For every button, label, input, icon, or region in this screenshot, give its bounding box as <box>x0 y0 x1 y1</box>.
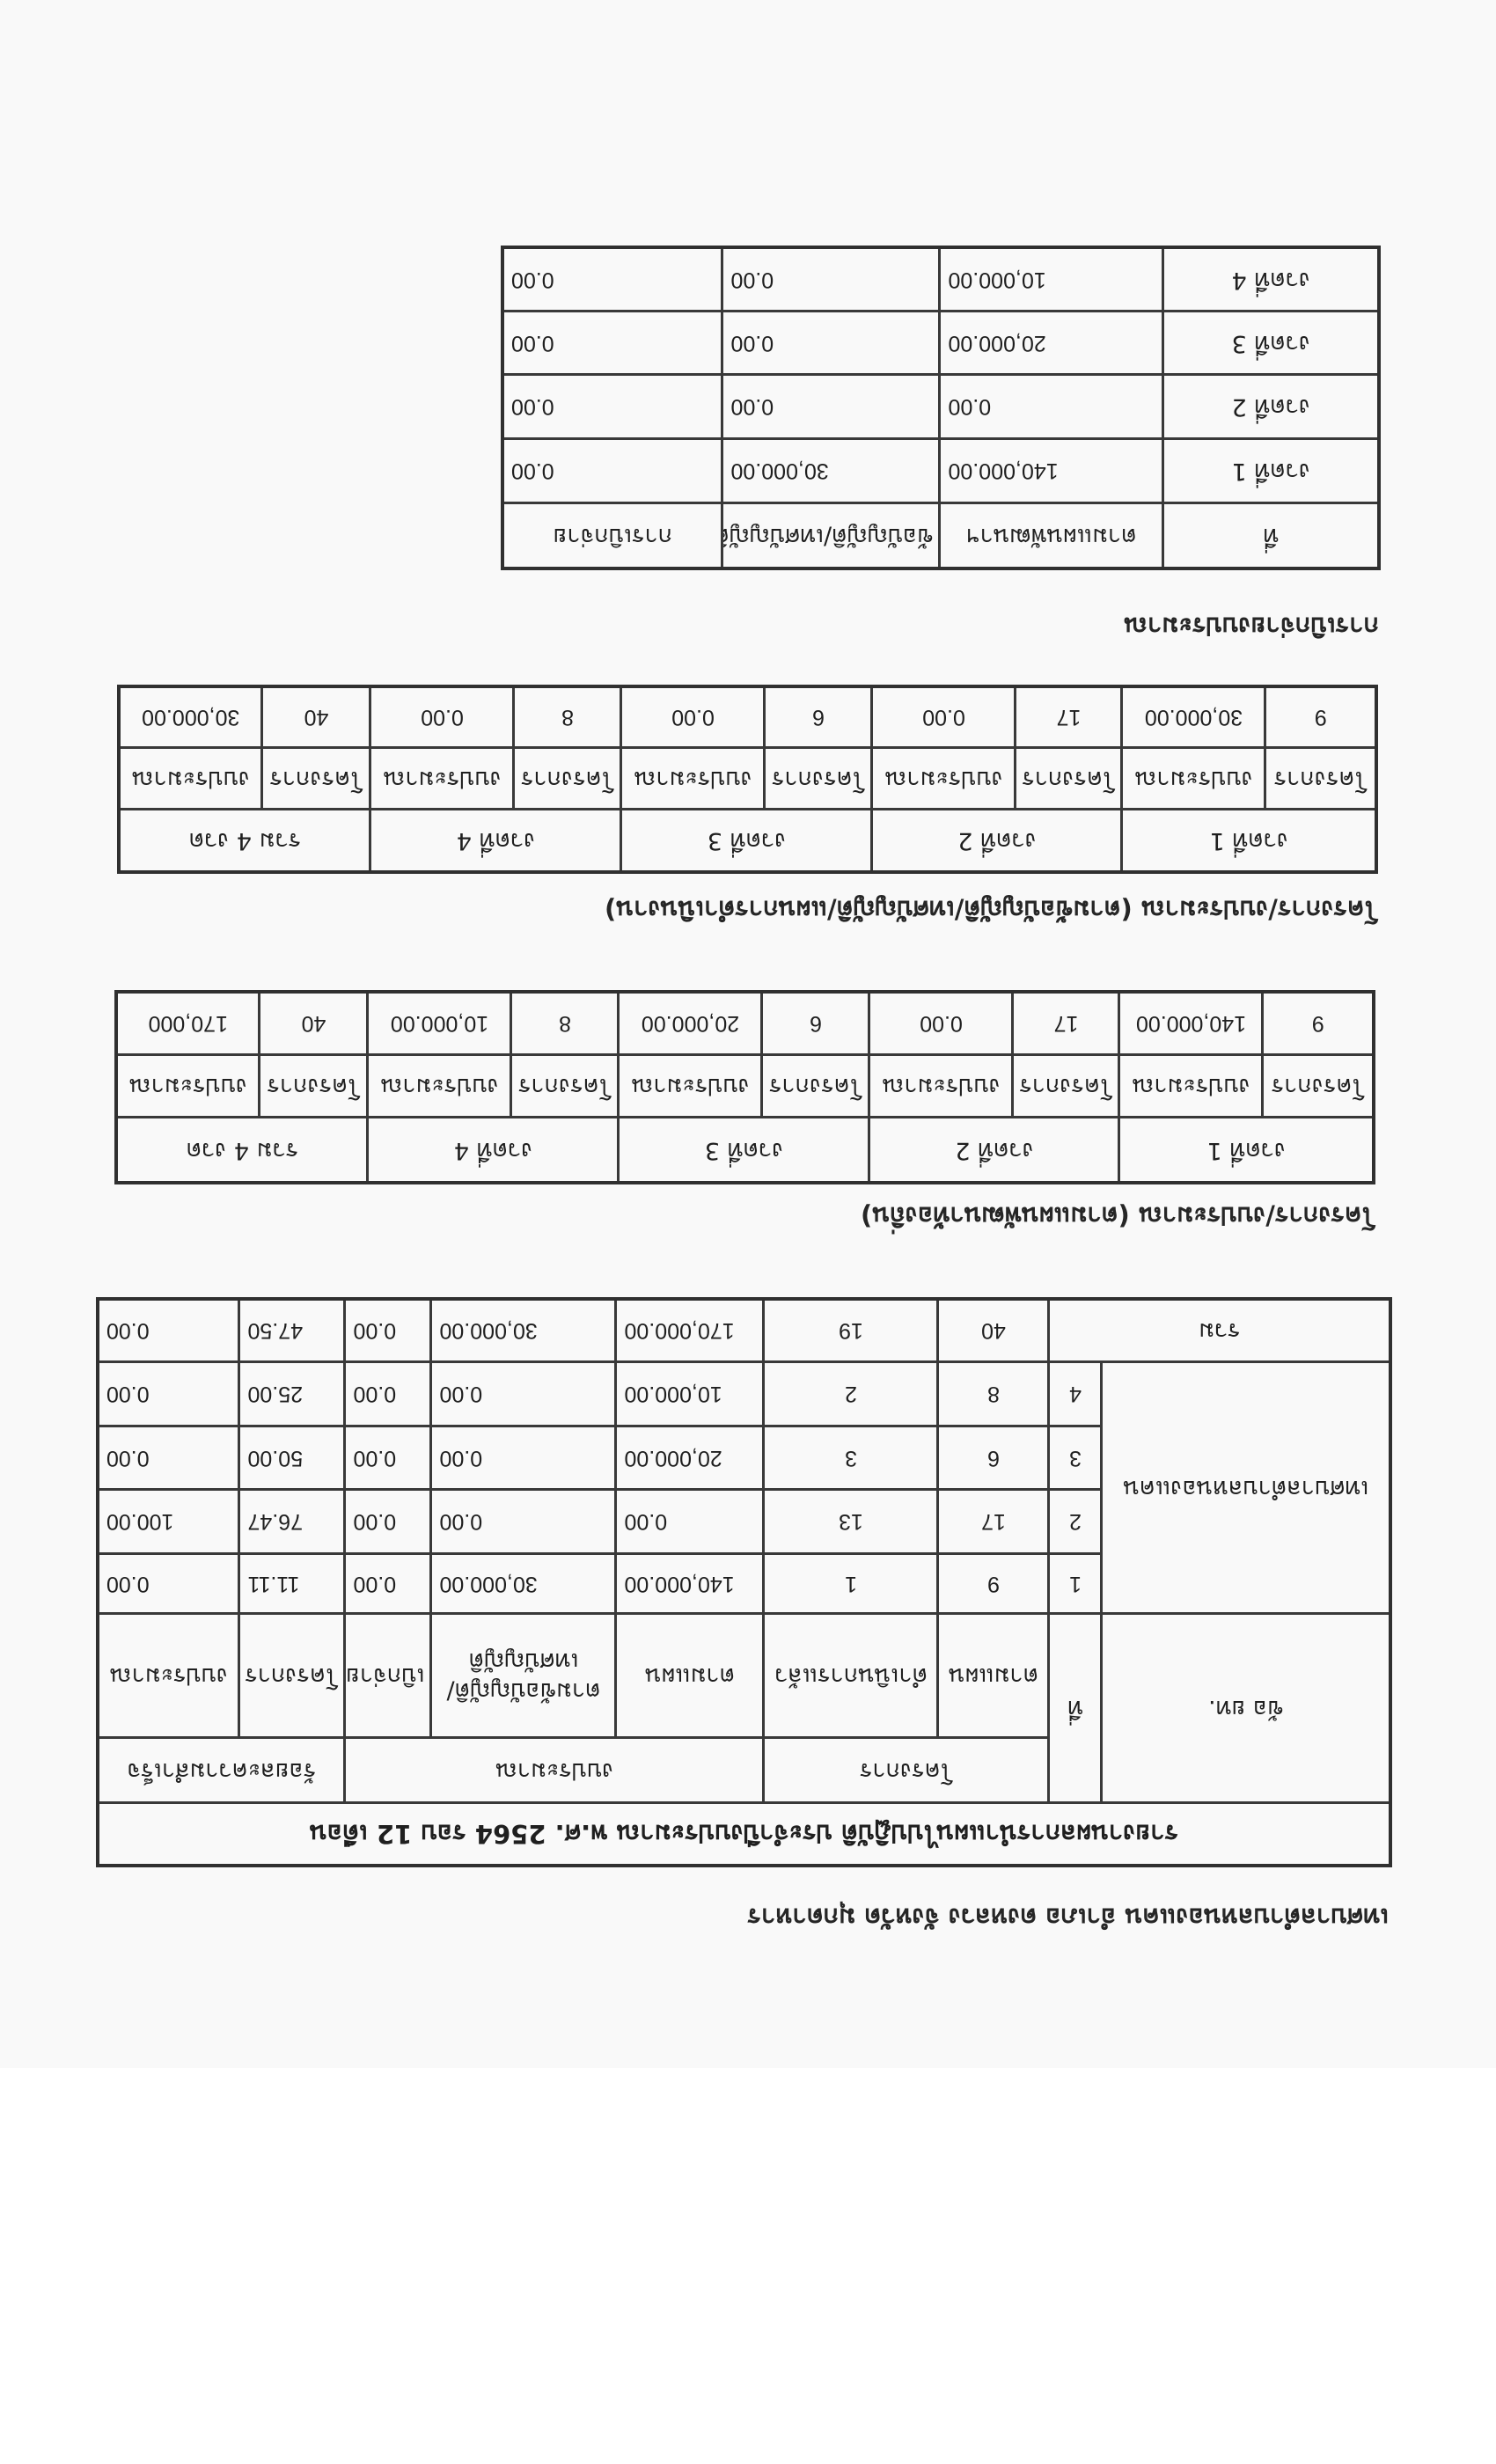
budget-total: 30,000.00 <box>119 686 262 748</box>
row-no: 2 <box>1049 1490 1102 1554</box>
sub-header-budget: งบประมาณ <box>116 1055 260 1118</box>
header-budget-group: งบประมาณ <box>345 1738 764 1803</box>
period-header: งวดที่ 4 <box>370 810 621 872</box>
disbursed-value: 0.00 <box>502 312 722 375</box>
summary-table: รายงานผลการนำแผนไปปฏิบัติ ประจำปีงบประมา… <box>96 1297 1392 1867</box>
projects-value: 9 <box>1265 686 1376 748</box>
total-budget-ordinance: 30,000.00 <box>431 1299 616 1362</box>
percent-projects: 25.00 <box>239 1362 345 1426</box>
total-budget-planned: 170,000.00 <box>616 1299 764 1362</box>
total-projects-planned: 40 <box>938 1299 1049 1362</box>
sub-header-budget: งบประมาณ <box>1122 748 1265 810</box>
percent-projects: 50.00 <box>239 1426 345 1490</box>
row-no: 3 <box>1049 1426 1102 1490</box>
header-projects-done: ดำเนินการแล้ว <box>764 1614 938 1738</box>
table-row: งวดที่ 1 140,000.00 30,000.00 0.00 <box>502 439 1379 503</box>
disbursement-table-caption: การเบิกจ่ายงบประมาณ <box>1124 610 1379 643</box>
budget-planned: 10,000.00 <box>616 1362 764 1426</box>
budget-ordinance: 0.00 <box>431 1426 616 1490</box>
header-budget-ordinance-line2: เทศบัญญัติ <box>438 1646 610 1676</box>
budget-disbursed: 0.00 <box>345 1362 431 1426</box>
header-budget-disbursed: เบิกจ่าย <box>345 1614 431 1738</box>
header-no: ที่ <box>1049 1614 1102 1803</box>
period-label: งวดที่ 2 <box>1163 375 1379 439</box>
projects-done: 2 <box>764 1362 938 1426</box>
header-projects-group: โครงการ <box>764 1738 1049 1803</box>
period-header: งวดที่ 2 <box>872 810 1122 872</box>
projects-value: 17 <box>1013 992 1119 1055</box>
document-heading: เทศบาลตำบลหนองแคน อำเภอ ดงหลวง จังหวัด ม… <box>747 1901 1389 1934</box>
sub-header-budget: งบประมาณ <box>872 748 1016 810</box>
plan-value: 140,000.00 <box>940 439 1163 503</box>
budget-planned: 0.00 <box>616 1490 764 1554</box>
projects-planned: 9 <box>938 1554 1049 1614</box>
sub-header-budget: งบประมาณ <box>869 1055 1013 1118</box>
header-disbursed: การเบิกจ่าย <box>502 503 722 568</box>
table-row: เทศบาลตำบลหนองแคน 1 9 1 140,000.00 30,00… <box>98 1554 1390 1614</box>
projects-planned: 8 <box>938 1362 1049 1426</box>
header-ordinance: ข้อบัญญัติ/เทศบัญญัติ <box>722 503 940 568</box>
percent-budget: 100.00 <box>98 1490 239 1554</box>
disbursed-value: 0.00 <box>502 439 722 503</box>
sub-header-projects: โครงการ <box>1013 1055 1119 1118</box>
header-budget-ordinance-line1: ตามข้อบัญญัติ/ <box>438 1676 610 1706</box>
plan-table-caption: โครงการ/งบประมาณ (ตามแผนพัฒนาท้องถิ่น) <box>861 1199 1375 1233</box>
period-header: งวดที่ 1 <box>1119 1118 1374 1183</box>
percent-projects: 11.11 <box>239 1554 345 1614</box>
budget-ordinance: 0.00 <box>431 1362 616 1426</box>
table-row: งวดที่ 2 0.00 0.00 0.00 <box>502 375 1379 439</box>
header-budget-planned: ตามแผน <box>616 1614 764 1738</box>
percent-budget: 0.00 <box>98 1362 239 1426</box>
sub-header-projects: โครงการ <box>514 748 621 810</box>
projects-total: 40 <box>260 992 368 1055</box>
period-header-total: รวม 4 งวด <box>116 1118 368 1183</box>
summary-title: รายงานผลการนำแผนไปปฏิบัติ ประจำปีงบประมา… <box>98 1803 1390 1866</box>
row-no: 4 <box>1049 1362 1102 1426</box>
header-projects-planned: ตามแผน <box>938 1614 1049 1738</box>
ordinance-value: 0.00 <box>722 375 940 439</box>
period-label: งวดที่ 1 <box>1163 439 1379 503</box>
total-percent-budget: 0.00 <box>98 1299 239 1362</box>
plan-value: 20,000.00 <box>940 312 1163 375</box>
percent-budget: 0.00 <box>98 1554 239 1614</box>
sub-header-budget: งบประมาณ <box>370 748 514 810</box>
table-row: 9 140,000.00 17 0.00 6 20,000.00 8 10,00… <box>116 992 1374 1055</box>
header-strategy: ข้อ ยท. <box>1102 1614 1390 1803</box>
header-period: ที่ <box>1163 503 1379 568</box>
ordinance-value: 30,000.00 <box>722 439 940 503</box>
sub-header-projects: โครงการ <box>1265 748 1376 810</box>
budget-disbursed: 0.00 <box>345 1426 431 1490</box>
sub-header-budget: งบประมาณ <box>621 748 765 810</box>
projects-value: 17 <box>1016 686 1122 748</box>
total-label: รวม <box>1049 1299 1390 1362</box>
sub-header-projects: โครงการ <box>1263 1055 1374 1118</box>
header-budget-ordinance: ตามข้อบัญญัติ/ เทศบัญญัติ <box>431 1614 616 1738</box>
projects-value: 6 <box>762 992 869 1055</box>
budget-ordinance: 0.00 <box>431 1490 616 1554</box>
sub-header-projects: โครงการ <box>511 1055 619 1118</box>
sub-header-budget: งบประมาณ <box>368 1055 511 1118</box>
projects-planned: 6 <box>938 1426 1049 1490</box>
projects-value: 9 <box>1263 992 1374 1055</box>
plan-value: 10,000.00 <box>940 247 1163 312</box>
budget-value: 140,000.00 <box>1119 992 1263 1055</box>
disbursement-table: ที่ ตามแผนพัฒนาฯ ข้อบัญญัติ/เทศบัญญัติ ก… <box>501 246 1381 570</box>
period-header: งวดที่ 3 <box>619 1118 869 1183</box>
budget-total: 170,000 <box>116 992 260 1055</box>
plan-value: 0.00 <box>940 375 1163 439</box>
budget-value: 20,000.00 <box>619 992 762 1055</box>
budget-planned: 20,000.00 <box>616 1426 764 1490</box>
projects-value: 8 <box>514 686 621 748</box>
period-header: งวดที่ 4 <box>368 1118 619 1183</box>
budget-value: 30,000.00 <box>1122 686 1265 748</box>
header-percent-projects: โครงการ <box>239 1614 345 1738</box>
projects-done: 1 <box>764 1554 938 1614</box>
projects-value: 6 <box>765 686 872 748</box>
period-label: งวดที่ 4 <box>1163 247 1379 312</box>
header-percent-group: ร้อยละความสำเร็จ <box>98 1738 345 1803</box>
budget-disbursed: 0.00 <box>345 1490 431 1554</box>
sub-header-budget: งบประมาณ <box>119 748 262 810</box>
ordinance-table-caption: โครงการ/งบประมาณ (ตามข้อบัญญัติ/เทศบัญญั… <box>605 893 1378 927</box>
period-header: งวดที่ 1 <box>1122 810 1376 872</box>
projects-done: 3 <box>764 1426 938 1490</box>
percent-budget: 0.00 <box>98 1426 239 1490</box>
disbursed-value: 0.00 <box>502 375 722 439</box>
ordinance-value: 0.00 <box>722 247 940 312</box>
budget-value: 0.00 <box>370 686 514 748</box>
period-header: งวดที่ 3 <box>621 810 872 872</box>
sub-header-budget: งบประมาณ <box>619 1055 762 1118</box>
scanned-page: เทศบาลตำบลหนองแคน อำเภอ ดงหลวง จังหวัด ม… <box>0 0 1496 2464</box>
budget-planned: 140,000.00 <box>616 1554 764 1614</box>
projects-planned: 17 <box>938 1490 1049 1554</box>
budget-value: 0.00 <box>872 686 1016 748</box>
sub-header-projects: โครงการ <box>762 1055 869 1118</box>
period-header-total: รวม 4 งวด <box>119 810 370 872</box>
table-row: งวดที่ 4 10,000.00 0.00 0.00 <box>502 247 1379 312</box>
sub-header-projects: โครงการ <box>765 748 872 810</box>
budget-value: 0.00 <box>869 992 1013 1055</box>
budget-ordinance: 30,000.00 <box>431 1554 616 1614</box>
row-no: 1 <box>1049 1554 1102 1614</box>
sub-header-projects: โครงการ <box>262 748 370 810</box>
period-label: งวดที่ 3 <box>1163 312 1379 375</box>
projects-total: 40 <box>262 686 370 748</box>
projects-value: 8 <box>511 992 619 1055</box>
sub-header-projects: โครงการ <box>260 1055 368 1118</box>
total-percent-projects: 47.50 <box>239 1299 345 1362</box>
disbursed-value: 0.00 <box>502 247 722 312</box>
sub-header-projects: โครงการ <box>1016 748 1122 810</box>
header-percent-budget: งบประมาณ <box>98 1614 239 1738</box>
total-row: รวม 40 19 170,000.00 30,000.00 0.00 47.5… <box>98 1299 1390 1362</box>
budget-value: 10,000.00 <box>368 992 511 1055</box>
percent-projects: 76.47 <box>239 1490 345 1554</box>
total-projects-done: 19 <box>764 1299 938 1362</box>
projects-done: 13 <box>764 1490 938 1554</box>
budget-value: 0.00 <box>621 686 765 748</box>
budget-disbursed: 0.00 <box>345 1554 431 1614</box>
period-header: งวดที่ 2 <box>869 1118 1119 1183</box>
sub-header-budget: งบประมาณ <box>1119 1055 1263 1118</box>
table-row: งวดที่ 3 20,000.00 0.00 0.00 <box>502 312 1379 375</box>
plan-table: งวดที่ 1 งวดที่ 2 งวดที่ 3 งวดที่ 4 รวม … <box>114 990 1375 1184</box>
ordinance-value: 0.00 <box>722 312 940 375</box>
ordinance-table: งวดที่ 1 งวดที่ 2 งวดที่ 3 งวดที่ 4 รวม … <box>117 685 1378 874</box>
row-group-label: เทศบาลตำบลหนองแคน <box>1102 1362 1390 1614</box>
table-row: 9 30,000.00 17 0.00 6 0.00 8 0.00 40 30,… <box>119 686 1376 748</box>
total-budget-disbursed: 0.00 <box>345 1299 431 1362</box>
header-plan: ตามแผนพัฒนาฯ <box>940 503 1163 568</box>
